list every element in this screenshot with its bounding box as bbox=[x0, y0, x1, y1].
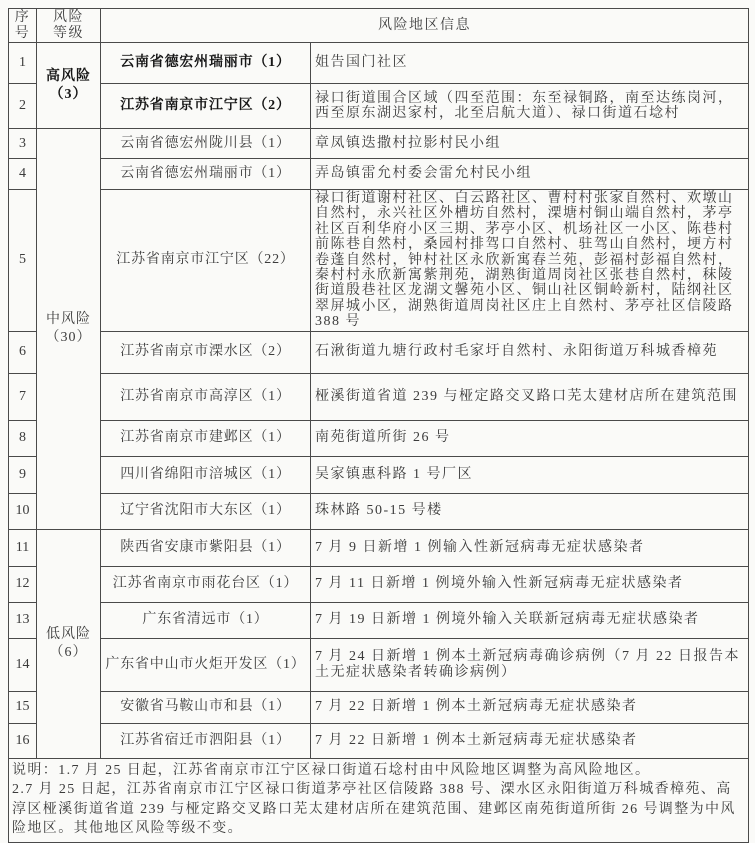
region-cell: 云南省德宏州瑞丽市（1） bbox=[101, 43, 311, 84]
info-cell: 7 月 24 日新增 1 例本土新冠病毒确诊病例（7 月 22 日报告本土无症状… bbox=[311, 638, 749, 691]
region-cell: 江苏省南京市江宁区（2） bbox=[101, 84, 311, 129]
region-cell: 陕西省安康市紫阳县（1） bbox=[101, 529, 311, 566]
note-line-1: 说明：1.7 月 25 日起，江苏省南京市江宁区禄口街道石埝村由中风险地区调整为… bbox=[12, 761, 745, 781]
info-cell: 7 月 9 日新增 1 例输入性新冠病毒无症状感染者 bbox=[311, 529, 749, 566]
region-cell: 广东省清远市（1） bbox=[101, 602, 311, 638]
header-risk-area-info: 风险地区信息 bbox=[101, 9, 749, 43]
table-row: 10 辽宁省沈阳市大东区（1） 珠林路 50-15 号楼 bbox=[9, 493, 749, 529]
info-cell: 石湫街道九塘行政村毛家圩自然村、永阳街道万科城香樟苑 bbox=[311, 331, 749, 373]
table-row: 6 江苏省南京市溧水区（2） 石湫街道九塘行政村毛家圩自然村、永阳街道万科城香樟… bbox=[9, 331, 749, 373]
info-cell: 7 月 11 日新增 1 例境外输入性新冠病毒无症状感染者 bbox=[311, 566, 749, 602]
info-cell: 禄口街道围合区域（四至范围：东至禄铜路，南至达练岗河，西至原东湖迟家村，北至启航… bbox=[311, 84, 749, 129]
table-row: 4 云南省德宏州瑞丽市（1） 弄岛镇雷允村委会雷允村民小组 bbox=[9, 159, 749, 190]
risk-area-table: 序 号 风险 等级 风险地区信息 1 高风险 （3） 云南省德宏州瑞丽市（1） … bbox=[8, 8, 749, 839]
region-cell: 江苏省南京市江宁区（22） bbox=[101, 190, 311, 332]
row-number: 13 bbox=[9, 602, 37, 638]
row-number: 5 bbox=[9, 190, 37, 332]
region-cell: 辽宁省沈阳市大东区（1） bbox=[101, 493, 311, 529]
row-number: 12 bbox=[9, 566, 37, 602]
info-cell: 禄口街道谢村社区、白云路社区、曹村村张家自然村、欢墩山自然村，永兴社区外槽坊自然… bbox=[311, 190, 749, 332]
info-cell: 姐告国门社区 bbox=[311, 43, 749, 84]
table-row: 11 低风险 （6） 陕西省安康市紫阳县（1） 7 月 9 日新增 1 例输入性… bbox=[9, 529, 749, 566]
row-number: 15 bbox=[9, 691, 37, 723]
table-row: 13 广东省清远市（1） 7 月 19 日新增 1 例境外输入关联新冠病毒无症状… bbox=[9, 602, 749, 638]
table-row: 15 安徽省马鞍山市和县（1） 7 月 22 日新增 1 例本土新冠病毒无症状感… bbox=[9, 691, 749, 723]
region-cell: 江苏省南京市高淳区（1） bbox=[101, 373, 311, 420]
info-cell: 7 月 19 日新增 1 例境外输入关联新冠病毒无症状感染者 bbox=[311, 602, 749, 638]
row-number: 2 bbox=[9, 84, 37, 129]
row-number: 16 bbox=[9, 723, 37, 758]
risk-level-low: 低风险 （6） bbox=[37, 529, 101, 758]
region-cell: 云南省德宏州陇川县（1） bbox=[101, 129, 311, 159]
region-cell: 江苏省南京市雨花台区（1） bbox=[101, 566, 311, 602]
info-cell: 珠林路 50-15 号楼 bbox=[311, 493, 749, 529]
region-cell: 安徽省马鞍山市和县（1） bbox=[101, 691, 311, 723]
info-cell: 桠溪街道省道 239 与桠定路交叉路口芜太建材店所在建筑范围 bbox=[311, 373, 749, 420]
row-number: 7 bbox=[9, 373, 37, 420]
info-cell: 7 月 22 日新增 1 例本土新冠病毒无症状感染者 bbox=[311, 691, 749, 723]
row-number: 9 bbox=[9, 456, 37, 493]
table-row: 7 江苏省南京市高淳区（1） 桠溪街道省道 239 与桠定路交叉路口芜太建材店所… bbox=[9, 373, 749, 420]
row-number: 3 bbox=[9, 129, 37, 159]
risk-level-high: 高风险 （3） bbox=[37, 43, 101, 129]
info-cell: 南苑街道所街 26 号 bbox=[311, 420, 749, 456]
region-cell: 江苏省宿迁市泗阳县（1） bbox=[101, 723, 311, 758]
table-row: 5 江苏省南京市江宁区（22） 禄口街道谢村社区、白云路社区、曹村村张家自然村、… bbox=[9, 190, 749, 332]
table-row: 16 江苏省宿迁市泗阳县（1） 7 月 22 日新增 1 例本土新冠病毒无症状感… bbox=[9, 723, 749, 758]
row-number: 10 bbox=[9, 493, 37, 529]
table-row: 14 广东省中山市火炬开发区（1） 7 月 24 日新增 1 例本土新冠病毒确诊… bbox=[9, 638, 749, 691]
region-cell: 广东省中山市火炬开发区（1） bbox=[101, 638, 311, 691]
table-row: 1 高风险 （3） 云南省德宏州瑞丽市（1） 姐告国门社区 bbox=[9, 43, 749, 84]
region-cell: 江苏省南京市建邺区（1） bbox=[101, 420, 311, 456]
note-line-2: 2.7 月 25 日起，江苏省南京市江宁区禄口街道茅亭社区信陵路 388 号、溧… bbox=[12, 780, 745, 839]
table-row: 8 江苏省南京市建邺区（1） 南苑街道所街 26 号 bbox=[9, 420, 749, 456]
row-number: 6 bbox=[9, 331, 37, 373]
table-row: 3 中风险 （30） 云南省德宏州陇川县（1） 章凤镇迭撒村拉影村民小组 bbox=[9, 129, 749, 159]
row-number: 1 bbox=[9, 43, 37, 84]
region-cell: 江苏省南京市溧水区（2） bbox=[101, 331, 311, 373]
header-no: 序 号 bbox=[9, 9, 37, 43]
info-cell: 弄岛镇雷允村委会雷允村民小组 bbox=[311, 159, 749, 190]
notes-row: 说明：1.7 月 25 日起，江苏省南京市江宁区禄口街道石埝村由中风险地区调整为… bbox=[9, 758, 749, 839]
notes-cell: 说明：1.7 月 25 日起，江苏省南京市江宁区禄口街道石埝村由中风险地区调整为… bbox=[9, 758, 749, 839]
row-number: 14 bbox=[9, 638, 37, 691]
row-number: 11 bbox=[9, 529, 37, 566]
table-row: 2 江苏省南京市江宁区（2） 禄口街道围合区域（四至范围：东至禄铜路，南至达练岗… bbox=[9, 84, 749, 129]
region-cell: 四川省绵阳市涪城区（1） bbox=[101, 456, 311, 493]
row-number: 4 bbox=[9, 159, 37, 190]
row-number: 8 bbox=[9, 420, 37, 456]
risk-level-medium: 中风险 （30） bbox=[37, 129, 101, 530]
region-cell: 云南省德宏州瑞丽市（1） bbox=[101, 159, 311, 190]
info-cell: 7 月 22 日新增 1 例本土新冠病毒无症状感染者 bbox=[311, 723, 749, 758]
risk-area-table-page: 序 号 风险 等级 风险地区信息 1 高风险 （3） 云南省德宏州瑞丽市（1） … bbox=[8, 8, 748, 839]
info-cell: 吴家镇惠科路 1 号厂区 bbox=[311, 456, 749, 493]
table-row: 9 四川省绵阳市涪城区（1） 吴家镇惠科路 1 号厂区 bbox=[9, 456, 749, 493]
header-row: 序 号 风险 等级 风险地区信息 bbox=[9, 9, 749, 43]
header-risk-level: 风险 等级 bbox=[37, 9, 101, 43]
info-cell: 章凤镇迭撒村拉影村民小组 bbox=[311, 129, 749, 159]
table-row: 12 江苏省南京市雨花台区（1） 7 月 11 日新增 1 例境外输入性新冠病毒… bbox=[9, 566, 749, 602]
